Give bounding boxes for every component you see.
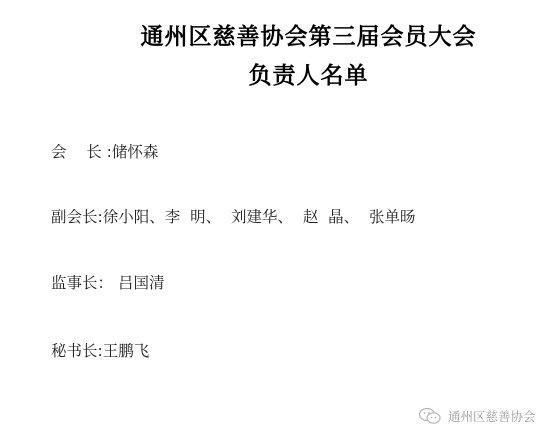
watermark-text: 通州区慈善协会	[448, 407, 536, 425]
separator: ：	[98, 274, 114, 292]
separator: :	[102, 143, 112, 161]
document-title-line2: 负责人名单	[30, 57, 557, 90]
names: 吕国清	[113, 274, 164, 292]
entry-supervisor: 监事长： 吕国清	[51, 271, 164, 293]
entry-president: 会 长 :储怀森	[51, 140, 158, 162]
entry-vice-presidents: 副会长:徐小阳、李 明、 刘建华、 赵 晶、 张单旸	[51, 205, 416, 227]
role-label: 秘书长	[51, 342, 98, 360]
role-label: 会 长	[51, 143, 102, 161]
entry-secretary-general: 秘书长:王鹏飞	[51, 339, 149, 361]
wechat-icon	[418, 407, 442, 425]
names: 王鹏飞	[103, 342, 150, 360]
role-label: 副会长	[51, 208, 98, 226]
names: 徐小阳、李 明、 刘建华、 赵 晶、 张单旸	[103, 208, 416, 226]
names: 储怀森	[112, 143, 159, 161]
document-title-line1: 通州区慈善协会第三届会员大会	[30, 18, 557, 51]
watermark: 通州区慈善协会	[418, 407, 536, 425]
role-label: 监事长	[51, 274, 98, 292]
